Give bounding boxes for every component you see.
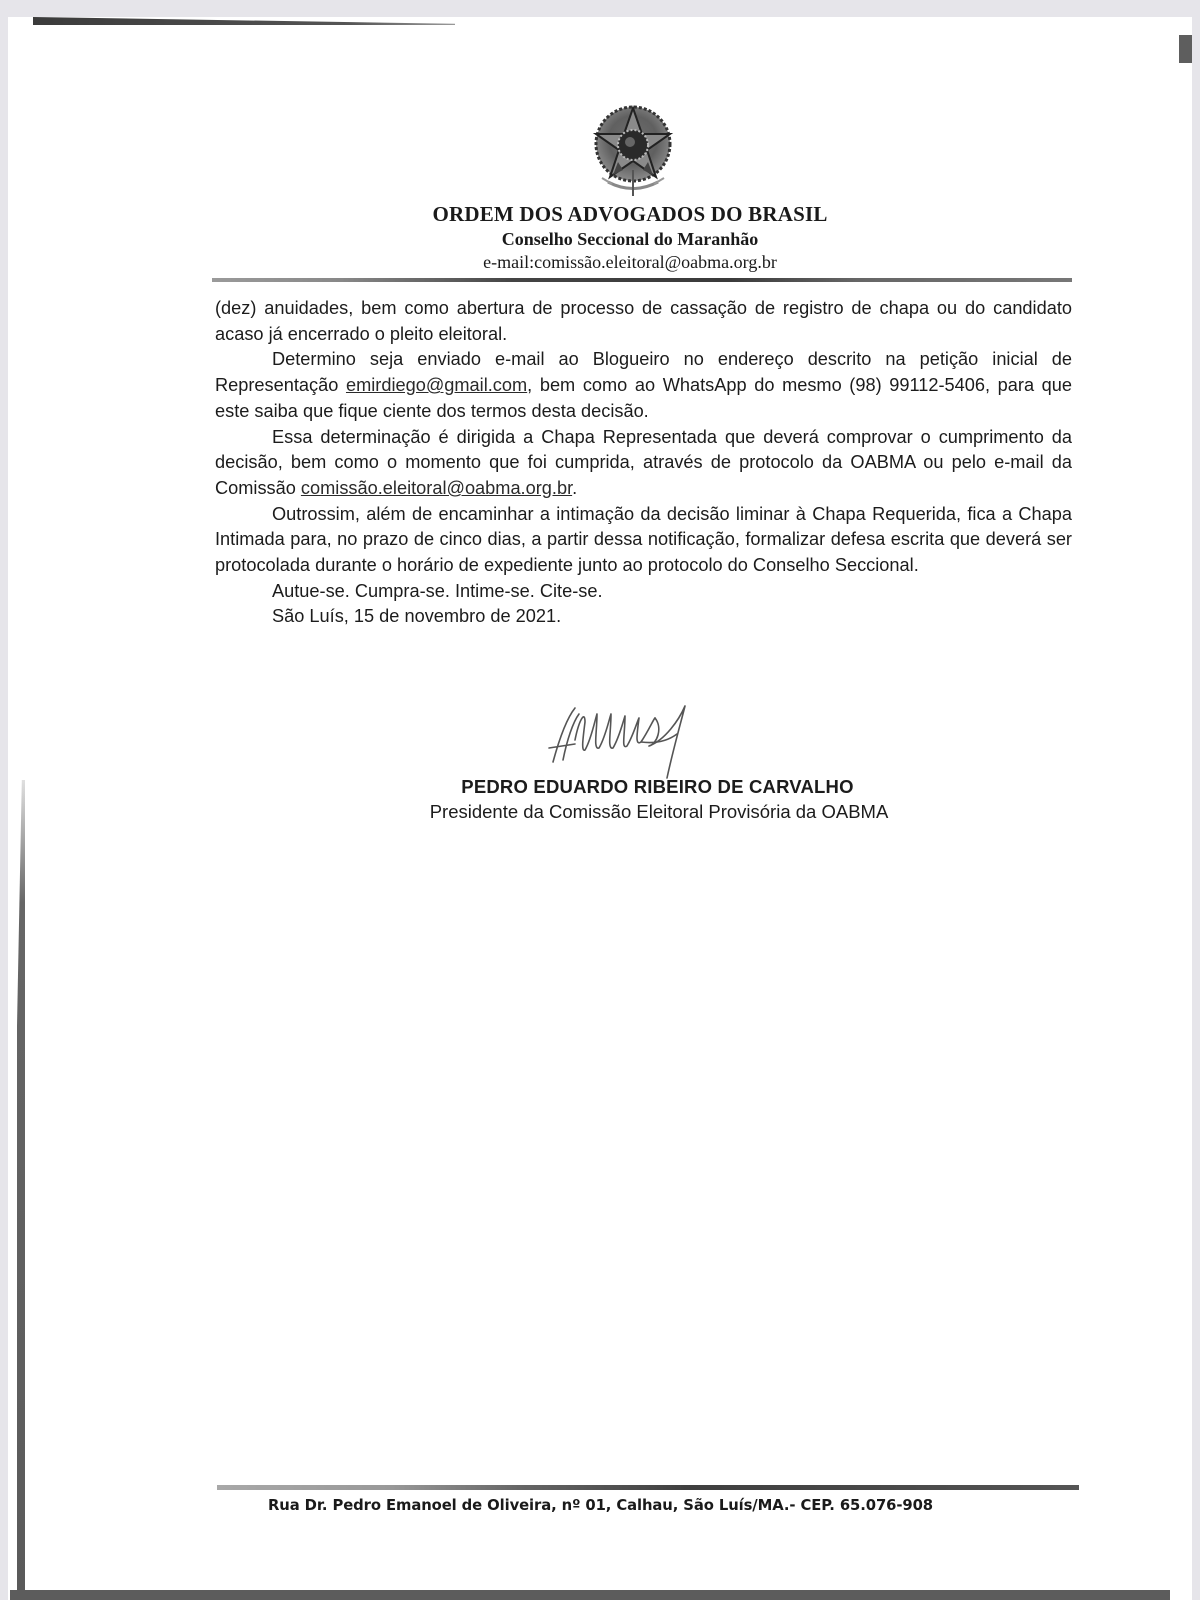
document-body: (dez) anuidades, bem como abertura de pr… (215, 296, 1072, 630)
scan-edge-bottom (10, 1590, 1170, 1600)
handwritten-signature (545, 700, 745, 782)
paragraph-2: Determino seja enviado e-mail ao Bloguei… (215, 347, 1072, 424)
paragraph-4: Outrossim, além de encaminhar a intimaçã… (215, 502, 1072, 579)
footer-divider (217, 1485, 1079, 1490)
org-email: e-mail:comissão.eleitoral@oabma.org.br (0, 252, 1200, 273)
scan-edge-right (1179, 35, 1192, 63)
blogger-email-link[interactable]: emirdiego@gmail.com (346, 375, 527, 395)
paragraph-5: Autue-se. Cumpra-se. Intime-se. Cite-se. (215, 579, 1072, 605)
date-line: São Luís, 15 de novembro de 2021. (215, 604, 1072, 630)
commission-email-link[interactable]: comissão.eleitoral@oabma.org.br (301, 478, 572, 498)
signer-role: Presidente da Comissão Eleitoral Provisó… (0, 801, 1200, 823)
brazil-coat-of-arms-icon (588, 100, 678, 200)
signer-name: PEDRO EDUARDO RIBEIRO DE CARVALHO (0, 776, 1200, 798)
org-subtitle: Conselho Seccional do Maranhão (0, 229, 1200, 250)
header-divider (212, 278, 1072, 282)
footer-address: Rua Dr. Pedro Emanoel de Oliveira, nº 01… (268, 1497, 933, 1514)
paragraph-3: Essa determinação é dirigida a Chapa Rep… (215, 425, 1072, 502)
org-title: ORDEM DOS ADVOGADOS DO BRASIL (0, 202, 1200, 227)
paragraph-1: (dez) anuidades, bem como abertura de pr… (215, 296, 1072, 347)
